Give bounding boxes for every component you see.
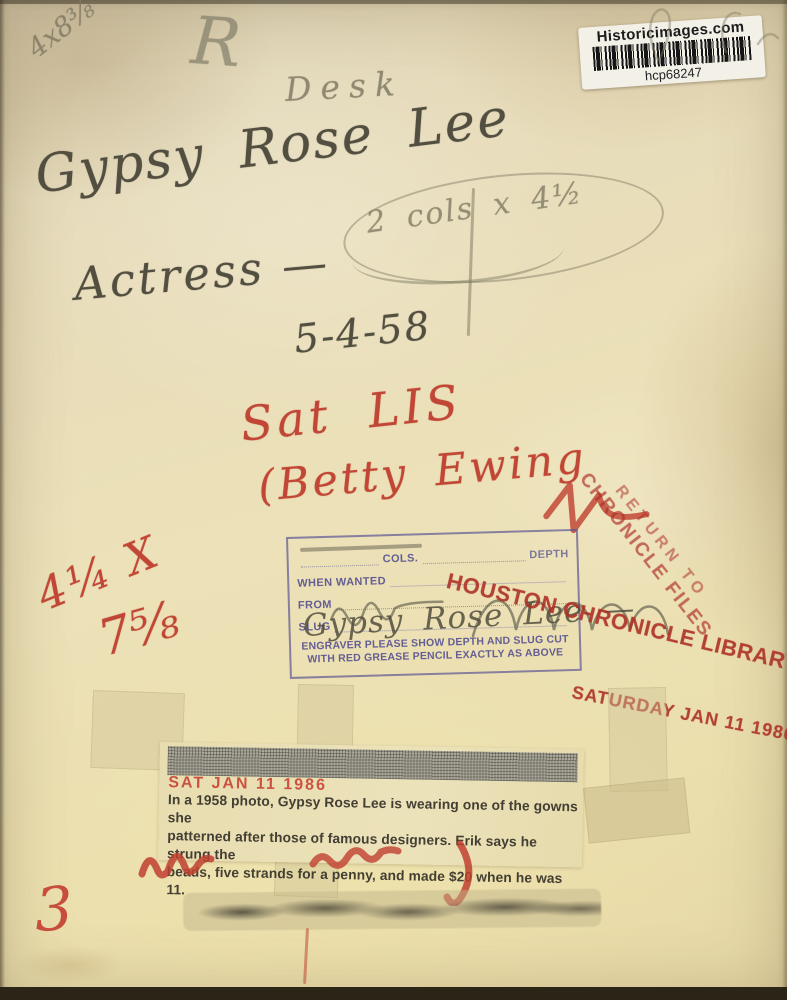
depth-label: DEPTH bbox=[529, 548, 569, 561]
pencil-size-note: 4x8⅜ bbox=[22, 0, 101, 64]
grease-height-note: 7⅝ bbox=[92, 590, 185, 668]
barcode-code-text: hcp68247 bbox=[644, 64, 702, 83]
pencil-date: 5-4-58 bbox=[292, 304, 434, 363]
smudge-strip bbox=[183, 889, 601, 931]
paper-left-edge bbox=[0, 0, 5, 1000]
saturday-date-stamp: SATURDAY JAN 11 1986 bbox=[570, 682, 787, 746]
tape-piece bbox=[583, 777, 690, 843]
pencil-role: Actress — bbox=[72, 236, 332, 311]
pencil-letter-r: R bbox=[189, 2, 244, 82]
grease-number: 3 bbox=[33, 874, 75, 946]
cols-label: COLS. bbox=[382, 552, 418, 565]
when-wanted-label: WHEN WANTED bbox=[297, 575, 386, 589]
faint-pencil-scribble bbox=[630, 2, 785, 62]
paper-right-edge bbox=[782, 0, 787, 1000]
dotted-leader bbox=[422, 547, 525, 564]
red-grease-line bbox=[303, 928, 309, 984]
dotted-leader bbox=[300, 551, 378, 567]
grease-slug-note: Sat LIS bbox=[238, 375, 465, 453]
photo-back-paper: Historicimages.com hcp68247 4x8⅜ R Desk … bbox=[0, 0, 787, 1000]
tape-piece bbox=[608, 687, 668, 792]
paper-bottom-edge bbox=[0, 987, 787, 1000]
